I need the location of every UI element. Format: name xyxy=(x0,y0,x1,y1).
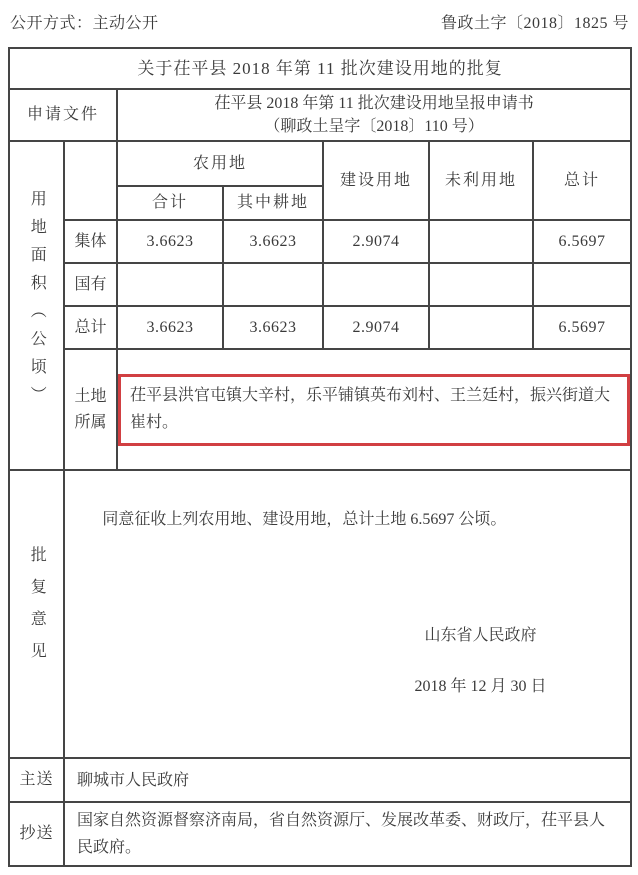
approval-table: 关于茌平县 2018 年第 11 批次建设用地的批复 申请文件 茌平县 2018… xyxy=(8,47,632,867)
approval-opinion-content-cell: 同意征收上列农用地、建设用地，总计土地 6.5697 公顷。 山东省人民政府 2… xyxy=(64,470,631,758)
agricultural-subtotal-header: 合计 xyxy=(117,186,223,220)
document-header: 公开方式：主动公开 鲁政土字〔2018〕1825 号 xyxy=(8,8,630,33)
title-row: 关于茌平县 2018 年第 11 批次建设用地的批复 xyxy=(9,48,631,89)
issue-date: 2018 年 12 月 30 日 xyxy=(373,675,588,699)
row-label-total: 总计 xyxy=(64,306,117,349)
agricultural-land-header: 农用地 xyxy=(117,141,323,186)
collective-cultivated: 3.6623 xyxy=(223,220,323,263)
collective-unused xyxy=(429,220,533,263)
collective-total: 6.5697 xyxy=(533,220,631,263)
state-unused xyxy=(429,263,533,306)
application-file-line2: （聊政土呈字〔2018〕110 号） xyxy=(120,115,628,138)
construction-land-header: 建设用地 xyxy=(323,141,429,220)
application-file-row: 申请文件 茌平县 2018 年第 11 批次建设用地呈报申请书 （聊政土呈字〔2… xyxy=(9,89,631,141)
state-total xyxy=(533,263,631,306)
copy-delivery-content: 国家自然资源督察济南局，省自然资源厅、发展改革委、财政厅，茌平县人民政府。 xyxy=(64,802,631,866)
document-title: 关于茌平县 2018 年第 11 批次建设用地的批复 xyxy=(9,48,631,89)
main-delivery-row: 主送 聊城市人民政府 xyxy=(9,758,631,802)
land-area-section-label: 用地面积（公顷） xyxy=(28,190,46,414)
red-highlight-box: 茌平县洪官屯镇大辛村，乐平铺镇英布刘村、王兰廷村，振兴街道大崔村。 xyxy=(118,374,630,446)
approval-opinion-label-cell: 批复意见 xyxy=(9,470,64,758)
state-cultivated xyxy=(223,263,323,306)
document-page: 公开方式：主动公开 鲁政土字〔2018〕1825 号 关于茌平县 2018 年第… xyxy=(0,0,638,867)
unused-land-header: 未利用地 xyxy=(429,141,533,220)
land-area-section-label-cell: 用地面积（公顷） xyxy=(9,141,64,470)
grand-total-header: 总计 xyxy=(533,141,631,220)
land-location-label: 土地所属 xyxy=(72,384,109,436)
total-land-row: 总计 3.6623 3.6623 2.9074 6.5697 xyxy=(9,306,631,349)
copy-delivery-label: 抄送 xyxy=(9,802,64,866)
collective-agricultural-total: 3.6623 xyxy=(117,220,223,263)
land-location-content-cell: 茌平县洪官屯镇大辛村，乐平铺镇英布刘村、王兰廷村，振兴街道大崔村。 xyxy=(117,349,631,470)
application-file-content: 茌平县 2018 年第 11 批次建设用地呈报申请书 （聊政土呈字〔2018〕1… xyxy=(117,89,631,141)
state-agricultural-total xyxy=(117,263,223,306)
copy-delivery-row: 抄送 国家自然资源督察济南局，省自然资源厅、发展改革委、财政厅，茌平县人民政府。 xyxy=(9,802,631,866)
row-label-collective: 集体 xyxy=(64,220,117,263)
signature-block: 山东省人民政府 2018 年 12 月 30 日 xyxy=(373,624,588,699)
land-location-content: 茌平县洪官屯镇大辛村，乐平铺镇英布刘村、王兰廷村，振兴街道大崔村。 xyxy=(130,387,610,431)
row-label-state-owned: 国有 xyxy=(64,263,117,306)
land-location-row: 土地所属 茌平县洪官屯镇大辛村，乐平铺镇英布刘村、王兰廷村，振兴街道大崔村。 xyxy=(9,349,631,470)
main-delivery-label: 主送 xyxy=(9,758,64,802)
state-owned-land-row: 国有 xyxy=(9,263,631,306)
approval-opinion-text: 同意征收上列农用地、建设用地，总计土地 6.5697 公顷。 xyxy=(80,507,592,532)
total-cultivated: 3.6623 xyxy=(223,306,323,349)
approval-opinion-label: 批复意见 xyxy=(28,546,46,674)
collective-land-row: 集体 3.6623 3.6623 2.9074 6.5697 xyxy=(9,220,631,263)
land-area-corner-cell xyxy=(64,141,117,220)
cultivated-land-header: 其中耕地 xyxy=(223,186,323,220)
total-construction: 2.9074 xyxy=(323,306,429,349)
main-delivery-content: 聊城市人民政府 xyxy=(64,758,631,802)
application-file-line1: 茌平县 2018 年第 11 批次建设用地呈报申请书 xyxy=(120,92,628,115)
publish-mode-text: 公开方式：主动公开 xyxy=(10,10,159,33)
approval-opinion-row: 批复意见 同意征收上列农用地、建设用地，总计土地 6.5697 公顷。 山东省人… xyxy=(9,470,631,758)
land-location-label-cell: 土地所属 xyxy=(64,349,117,470)
land-area-header-row-1: 用地面积（公顷） 农用地 建设用地 未利用地 总计 xyxy=(9,141,631,186)
state-construction xyxy=(323,263,429,306)
doc-number-text: 鲁政土字〔2018〕1825 号 xyxy=(441,10,629,33)
issuer-name: 山东省人民政府 xyxy=(373,624,588,648)
total-agricultural-total: 3.6623 xyxy=(117,306,223,349)
application-file-label: 申请文件 xyxy=(9,89,117,141)
total-unused xyxy=(429,306,533,349)
total-grand-total: 6.5697 xyxy=(533,306,631,349)
collective-construction: 2.9074 xyxy=(323,220,429,263)
